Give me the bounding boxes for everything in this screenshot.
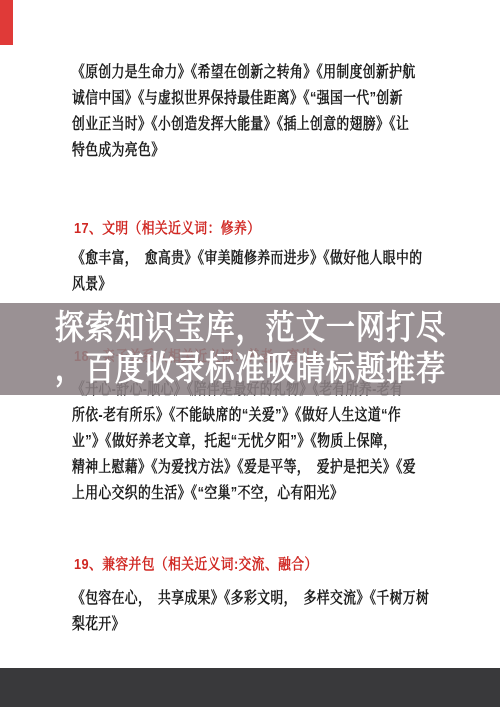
body-text-line: 《愈丰富， 愈高贵》《审美随修养而进步》《做好他人眼中的	[72, 246, 422, 272]
section-17-header: 17、文明（相关近义词：修养）	[74, 216, 260, 242]
body-text-line: 上用心交织的生活》《“空巢”不空，心有阳光》	[72, 481, 416, 507]
body-text-line: 业”》《做好养老文章，托起“无忧夕阳”》《物质上保障，	[72, 429, 416, 455]
body-text-line: 风景》	[72, 272, 422, 298]
bottom-bar	[0, 668, 500, 707]
banner-text-line: 探索知识宝库，范文一网打尽	[54, 308, 445, 349]
body-text-line: 梨花开》	[72, 612, 429, 638]
section-17-body: 《愈丰富， 愈高贵》《审美随修养而进步》《做好他人眼中的 风景》	[72, 246, 500, 298]
document-page: 《原创力是生命力》《希望在创新之转角》《用制度创新护航 诚信中国》《与虚拟世界保…	[0, 0, 500, 707]
body-text-line: 诚信中国》《与虚拟世界保持最佳距离》《“强国一代”创新	[72, 86, 416, 112]
banner-text-line: ，百度收录标准吸睛标题推荐	[54, 349, 445, 390]
body-text-line: 所依-老有所乐》《不能缺席的“关爱”》《做好人生这道“作	[72, 403, 416, 429]
body-text-line: 《原创力是生命力》《希望在创新之转角》《用制度创新护航	[72, 60, 416, 86]
watermark-overlay-banner: 探索知识宝库，范文一网打尽 ，百度收录标准吸睛标题推荐	[0, 303, 500, 395]
section-18-body: 《开心-舒心-顺心》《陪伴是最好的礼物》《老有所养-老有 所依-老有所乐》《不能…	[72, 377, 500, 507]
section-19-header: 19、兼容并包（相关近义词:交流、融合）	[74, 552, 318, 578]
red-corner-mark	[0, 0, 13, 45]
body-text-line: 《包容在心， 共享成果》《多彩文明， 多样交流》《千树万树	[72, 586, 429, 612]
body-text-line: 创业正当时》《小创造发挥大能量》《插上创意的翅膀》《让	[72, 112, 416, 138]
body-text-line: 特色成为亮色》	[72, 138, 416, 164]
section-19-body: 《包容在心， 共享成果》《多彩文明， 多样交流》《千树万树 梨花开》	[72, 586, 500, 638]
body-text-line: 精神上慰藉》《为爱找方法》《爱是平等， 爱护是把关》《爱	[72, 455, 416, 481]
section-16-body: 《原创力是生命力》《希望在创新之转角》《用制度创新护航 诚信中国》《与虚拟世界保…	[72, 60, 500, 164]
